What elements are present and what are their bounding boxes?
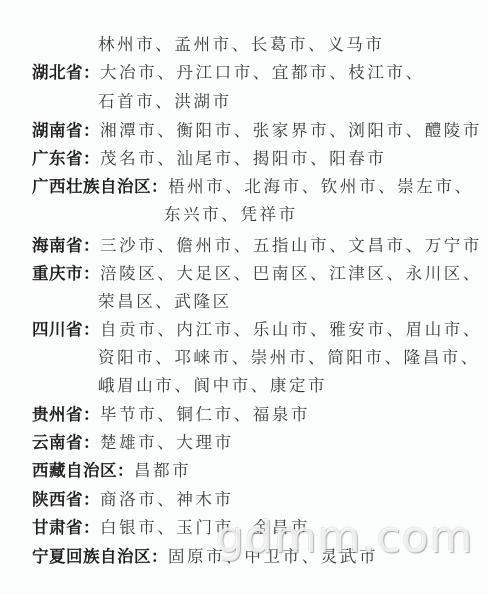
province-label: 广东省： [32, 149, 100, 168]
city-list: 自贡市、内江市、乐山市、雅安市、眉山市、 [100, 320, 482, 339]
entry-hubei: 湖北省：大冶市、丹江口市、宜都市、枝江市、 [32, 61, 425, 85]
city-list: 涪陵区、大足区、巴南区、江津区、永川区、 [100, 264, 482, 283]
entry-sichuan-cont-2: 峨眉山市、阆中市、康定市 [98, 374, 327, 398]
entry-guangxi: 广西壮族自治区：梧州市、北海市、钦州市、崇左市、 [32, 175, 474, 199]
city-list: 湘潭市、衡阳市、张家界市、浏阳市、醴陵市 [100, 121, 482, 140]
province-label: 宁夏回族自治区： [32, 547, 168, 566]
province-label: 湖南省： [32, 121, 100, 140]
city-list: 林州市、孟州市、长葛市、义马市 [98, 35, 385, 54]
province-label: 甘肃省： [32, 518, 100, 537]
city-list: 石首市、洪湖市 [98, 92, 232, 111]
entry-chongqing: 重庆市：涪陵区、大足区、巴南区、江津区、永川区、 [32, 262, 482, 286]
province-label: 陕西省： [32, 490, 100, 509]
city-list: 毕节市、铜仁市、福泉市 [100, 405, 310, 424]
city-list: 三沙市、儋州市、五指山市、文昌市、万宁市 [100, 236, 482, 255]
entry-sichuan-cont-1: 资阳市、邛崃市、崇州市、简阳市、隆昌市、 [98, 346, 480, 370]
entry-hainan: 海南省：三沙市、儋州市、五指山市、文昌市、万宁市 [32, 234, 482, 258]
entry-shaanxi: 陕西省：商洛市、神木市 [32, 488, 234, 512]
city-list: 昌都市 [134, 461, 191, 480]
entry-tibet: 西藏自治区：昌都市 [32, 459, 191, 483]
document-page: 林州市、孟州市、长葛市、义马市 湖北省：大冶市、丹江口市、宜都市、枝江市、 石首… [0, 0, 488, 594]
province-label: 湖北省： [32, 63, 100, 82]
city-list: 大冶市、丹江口市、宜都市、枝江市、 [100, 63, 425, 82]
entry-guizhou: 贵州省：毕节市、铜仁市、福泉市 [32, 403, 310, 427]
entry-chongqing-cont: 荣昌区、武隆区 [98, 290, 232, 314]
province-label: 四川省： [32, 320, 100, 339]
province-label: 广西壮族自治区： [32, 177, 168, 196]
city-list: 白银市、玉门市、金昌市 [100, 518, 310, 537]
province-label: 海南省： [32, 236, 100, 255]
city-list: 东兴市、凭祥市 [164, 205, 298, 224]
entry-yunnan: 云南省：楚雄市、大理市 [32, 431, 234, 455]
province-label: 西藏自治区： [32, 461, 134, 480]
city-list: 峨眉山市、阆中市、康定市 [98, 376, 327, 395]
entry-guangdong: 广东省：茂名市、汕尾市、揭阳市、阳春市 [32, 147, 387, 171]
city-list: 梧州市、北海市、钦州市、崇左市、 [168, 177, 474, 196]
province-label: 贵州省： [32, 405, 100, 424]
entry-sichuan: 四川省：自贡市、内江市、乐山市、雅安市、眉山市、 [32, 318, 482, 342]
entry-continuation: 林州市、孟州市、长葛市、义马市 [98, 33, 385, 57]
entry-hubei-cont: 石首市、洪湖市 [98, 90, 232, 114]
city-list: 固原市、中卫市、灵武市 [168, 547, 378, 566]
city-list: 茂名市、汕尾市、揭阳市、阳春市 [100, 149, 387, 168]
city-list: 荣昌区、武隆区 [98, 292, 232, 311]
province-label: 云南省： [32, 433, 100, 452]
entry-ningxia: 宁夏回族自治区：固原市、中卫市、灵武市 [32, 545, 378, 569]
entry-hunan: 湖南省：湘潭市、衡阳市、张家界市、浏阳市、醴陵市 [32, 119, 482, 143]
entry-gansu: 甘肃省：白银市、玉门市、金昌市 [32, 516, 310, 540]
city-list: 楚雄市、大理市 [100, 433, 234, 452]
province-label: 重庆市： [32, 264, 100, 283]
entry-guangxi-cont: 东兴市、凭祥市 [164, 203, 298, 227]
city-list: 资阳市、邛崃市、崇州市、简阳市、隆昌市、 [98, 348, 480, 367]
city-list: 商洛市、神木市 [100, 490, 234, 509]
